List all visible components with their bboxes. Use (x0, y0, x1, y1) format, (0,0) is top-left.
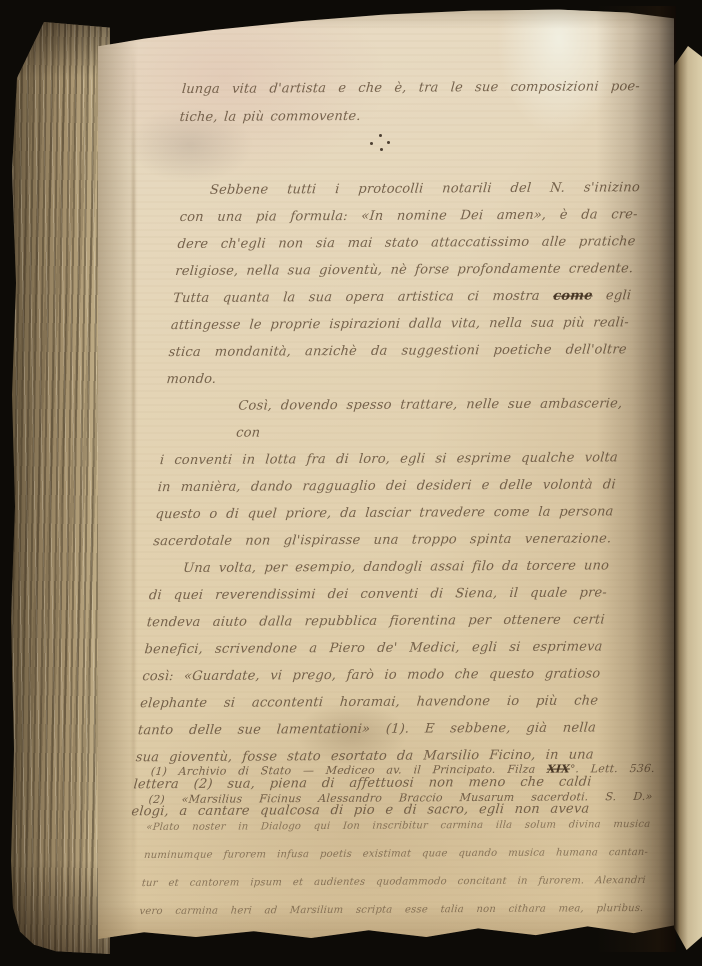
page-number-underline (125, 16, 220, 32)
text-line: sacerdotale non gl'ispirasse una troppo … (152, 525, 612, 555)
book-fore-edge (10, 22, 110, 954)
text-segment: egli (592, 288, 632, 303)
photo-background: 228 lunga vita d'artista e che è, tra le… (0, 0, 702, 966)
text-line: lunga vita d'artista e che è, tra le sue… (181, 73, 641, 104)
text-line: tendeva aiuto dalla repubblica fiorentin… (146, 606, 606, 636)
text-line: religiose, nella sua gioventù, nè forse … (174, 255, 634, 285)
facing-page-edge (674, 46, 702, 950)
footnote-quote-line: tur et cantorem ipsum et audientes quoda… (141, 867, 647, 898)
footnotes-block: (1) Archivio di Stato — Mediceo av. il P… (138, 755, 656, 926)
struck-word: come (553, 288, 594, 303)
text-segment: °. Lett. 536. (569, 762, 655, 776)
text-segment: Tutta quanta la sua opera artistica ci m… (173, 289, 554, 306)
text-line: con una pia formula: «In nomine Dei amen… (179, 201, 639, 231)
text-line: Così, dovendo spesso trattare, nelle sue… (161, 390, 623, 447)
page-number-underline-stroke (157, 24, 189, 38)
footnote-quote-line: numinumque furorem infusa poetis existim… (143, 839, 649, 870)
text-line: i conventi in lotta fra di loro, egli si… (159, 444, 619, 474)
text-line: tiche, la più commovente. (178, 101, 638, 132)
footnote-2: (2) «Marsilius Ficinus Alessandro Bracci… (147, 783, 653, 814)
text-line: tanto delle sue lamentationi» (1). E seb… (137, 714, 597, 744)
text-line: stica mondanità, anzichè da suggestioni … (165, 336, 627, 393)
text-line: dere ch'egli non sia mai stato attaccati… (176, 228, 636, 258)
text-line: questo o di quel priore, da lasciar trav… (154, 498, 614, 528)
text-line: Sebbene tutti i protocolli notarili del … (181, 174, 641, 204)
asterism-dots-icon (370, 133, 392, 153)
manuscript-text: Sebbene tutti i protocolli notarili del … (130, 174, 641, 825)
footnote-quote-line: «Plato noster in Dialogo qui Ion inscrib… (145, 811, 651, 842)
text-line: elephante si accontenti horamai, havendo… (139, 687, 599, 717)
opening-paragraph: lunga vita d'artista e che è, tra le sue… (178, 73, 641, 132)
struck-word: XIX (546, 762, 570, 775)
text-line-with-strikethrough: Tutta quanta la sua opera artistica ci m… (172, 282, 632, 312)
text-line: Una volta, per esempio, dandogli assai f… (150, 552, 610, 582)
text-segment: (1) Archivio di Stato — Mediceo av. il P… (150, 763, 547, 778)
text-line: di quei reverendissimi dei conventi di S… (148, 579, 608, 609)
page-number: 228 (115, 2, 168, 39)
footnote-quote-line: vero carmina heri ad Marsilium scripta e… (138, 895, 644, 926)
text-line: così: «Guardate, vi prego, farò io modo … (141, 660, 601, 690)
manuscript-page: 228 lunga vita d'artista e che è, tra le… (98, 0, 674, 966)
text-line: attingesse le proprie ispirazioni dalla … (170, 309, 630, 339)
text-line: benefici, scrivendone a Piero de' Medici… (143, 633, 603, 663)
text-line: in manièra, dando ragguaglio dei desider… (157, 471, 617, 501)
footnote-1: (1) Archivio di Stato — Mediceo av. il P… (150, 755, 656, 786)
